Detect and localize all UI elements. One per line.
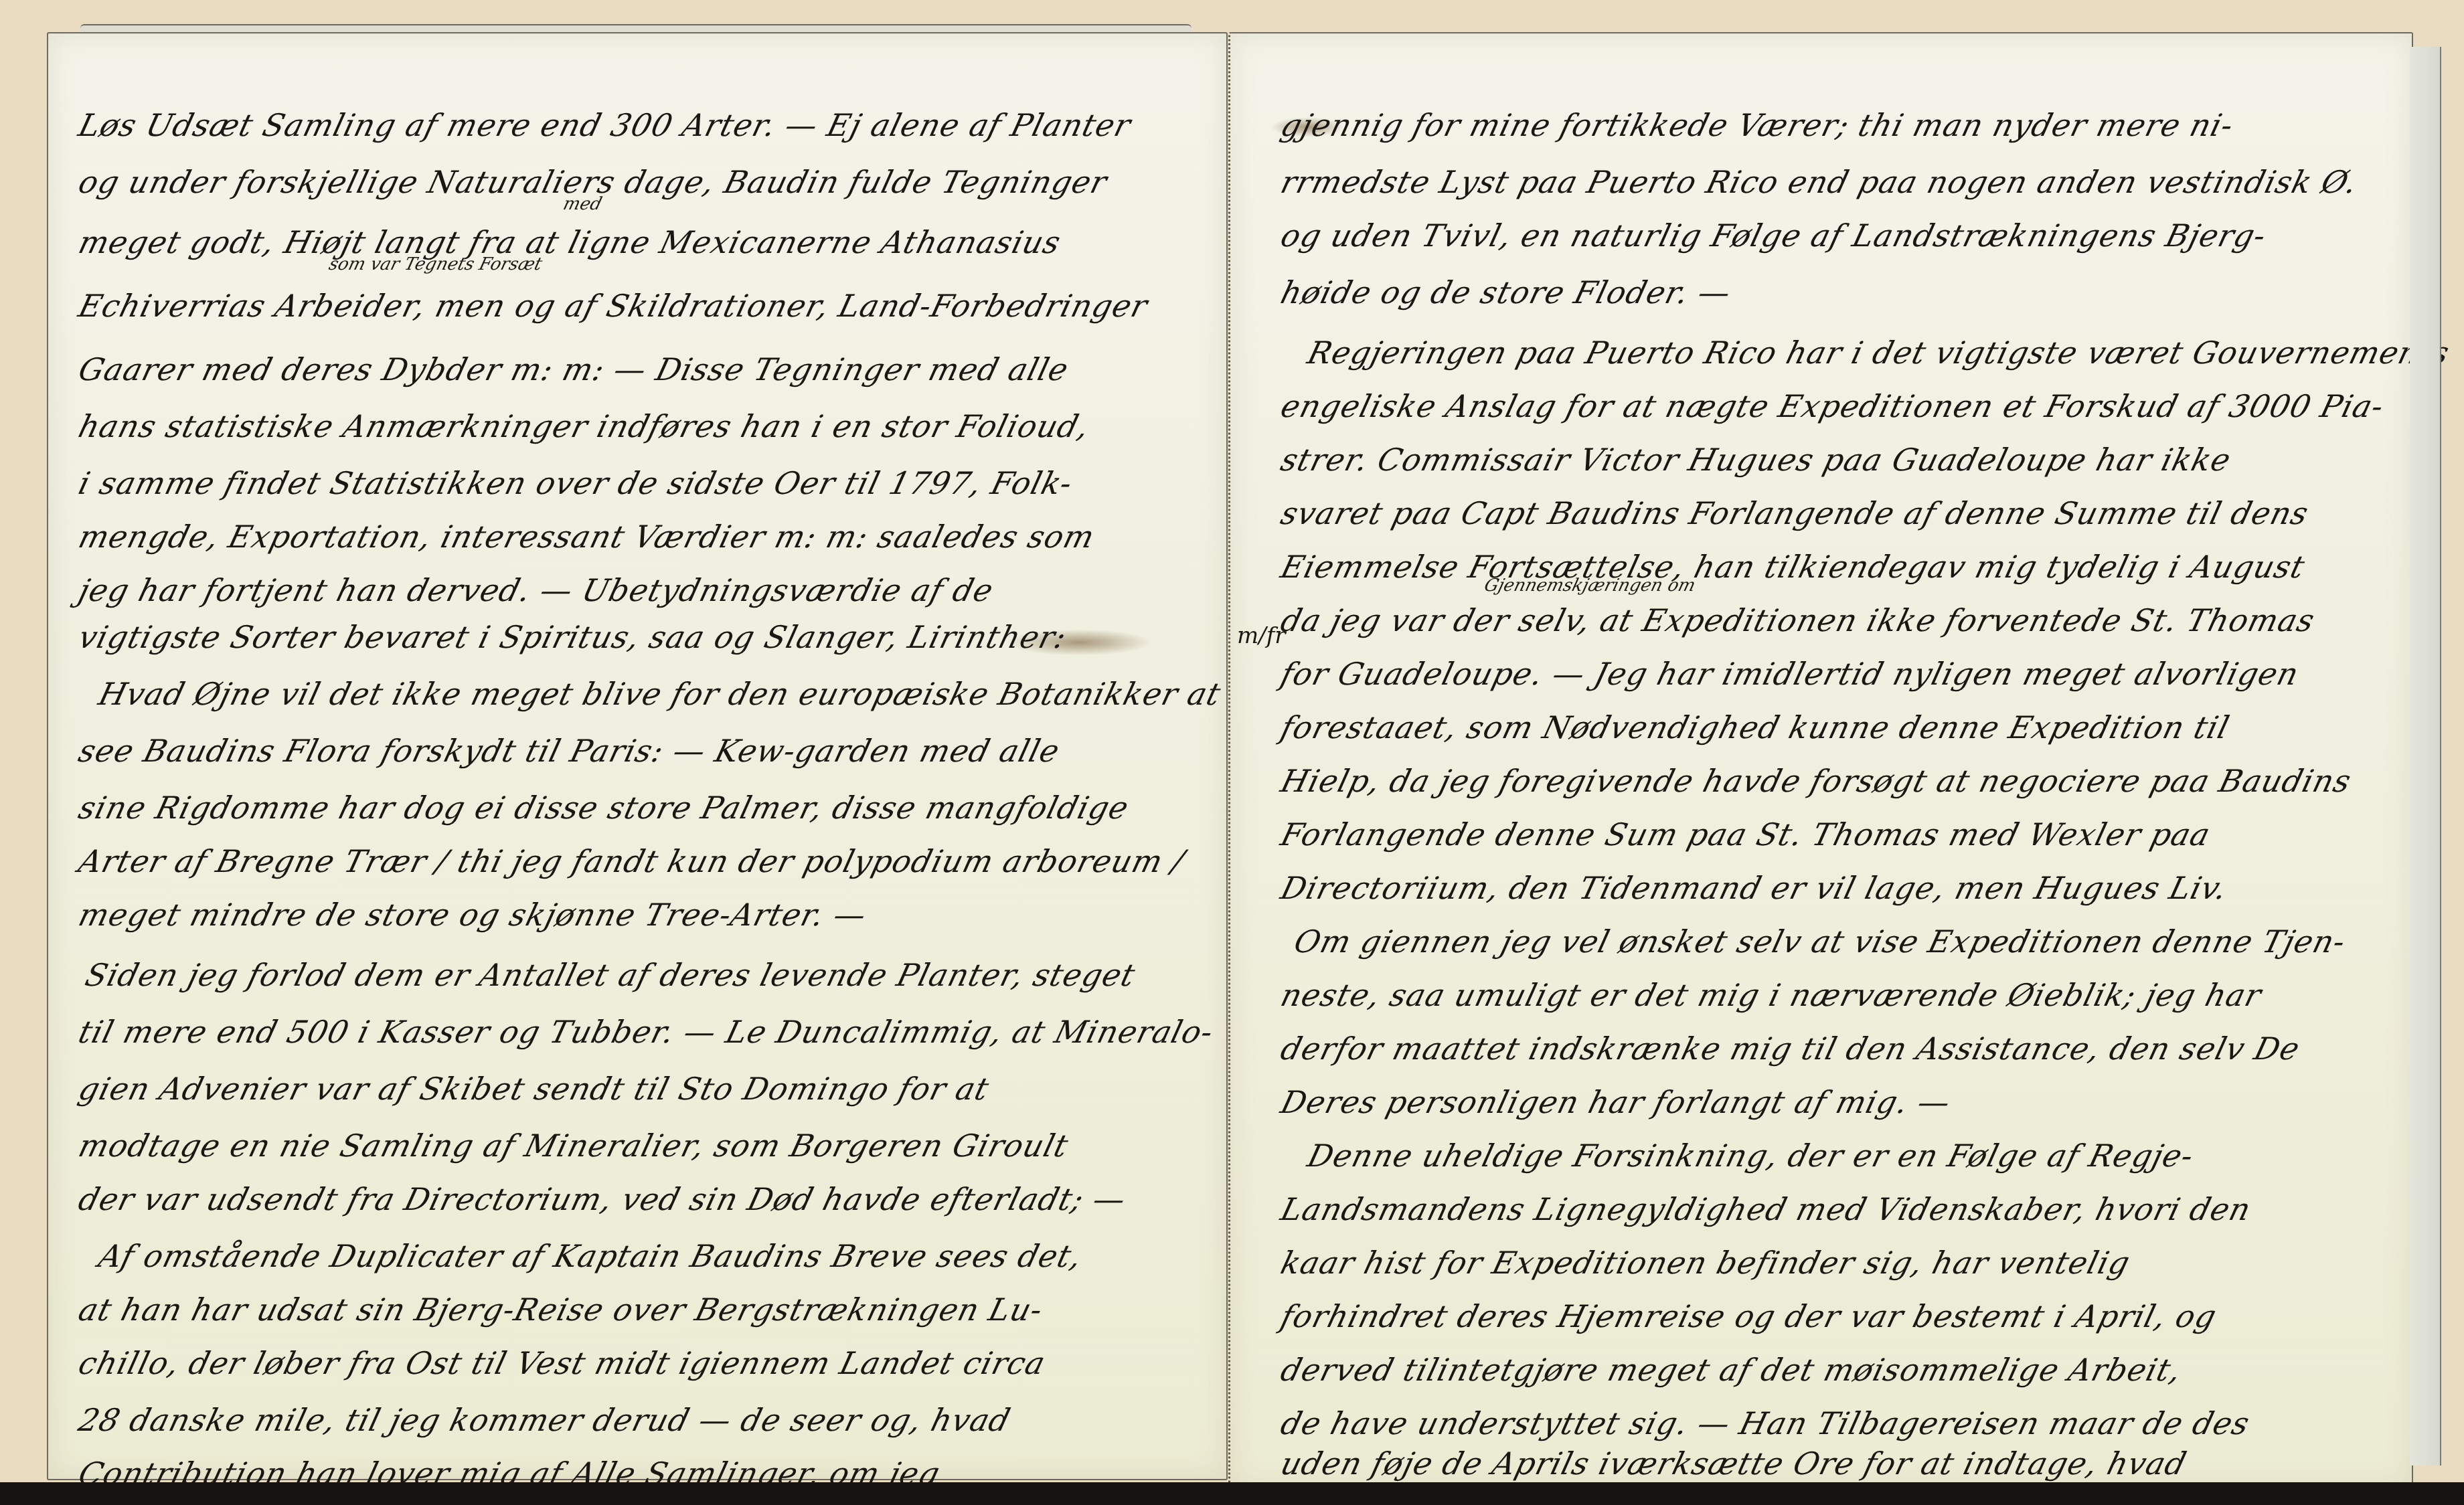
text-line: høide og de store Floder. — (1277, 274, 1735, 311)
text-line: de have understyttet sig. — Han Tilbager… (1277, 1405, 2254, 1441)
text-line: og uden Tvivl, en naturlig Følge af Land… (1277, 217, 2270, 254)
text-line: Siden jeg forlod dem er Antallet af dere… (82, 957, 1139, 993)
text-line: jeg har fortjent han derved. — Ubetydnin… (75, 572, 997, 608)
text-line: Hielp, da jeg foregivende havde forsøgt … (1277, 763, 2355, 799)
text-line: i samme findet Statistikken over de sids… (75, 465, 1076, 501)
text-line: forhindret deres Hjemreise og der var be… (1277, 1298, 2220, 1334)
text-line: Landsmandens Lignegyldighed med Videnska… (1277, 1191, 2255, 1227)
text-line: Deres personligen har forlangt af mig. — (1277, 1084, 1955, 1120)
text-line: vigtigste Sorter bevaret i Spiritus, saa… (75, 619, 1070, 655)
text-line: Denne uheldige Forsinkning, der er en Fø… (1304, 1138, 2198, 1174)
text-line: gjennig for mine fortikkede Værer; thi m… (1277, 107, 2237, 143)
text-line: derved tilintetgjøre meget af det møisom… (1277, 1352, 2186, 1388)
text-line: meget godt, Hiøjt langt fra at ligne Mex… (75, 224, 1065, 260)
text-line: neste, saa umuligt er det mig i nærværen… (1277, 977, 2265, 1013)
text-line: chillo, der løber fra Ost til Vest midt … (75, 1345, 1050, 1381)
text-line: meget mindre de store og skjønne Tree-Ar… (75, 897, 870, 933)
text-line: Echiverrias Arbeider, men og af Skildrat… (75, 288, 1151, 324)
left-page: Løs Udsæt Samling af mere end 300 Arter.… (47, 32, 1228, 1480)
text-line: Løs Udsæt Samling af mere end 300 Arter.… (75, 107, 1135, 143)
interlinear-annotation: med (561, 194, 604, 214)
text-line: kaar hist for Expeditionen befinder sig,… (1277, 1245, 2134, 1281)
text-line: at han har udsat sin Bjerg-Reise over Be… (75, 1292, 1047, 1328)
text-line: gien Advenier var af Skibet sendt til St… (75, 1071, 993, 1107)
text-line: Arter af Bregne Trær / thi jeg fandt kun… (75, 843, 1188, 879)
text-line: Om giennen jeg vel ønsket selv at vise E… (1291, 923, 2350, 960)
text-line: 28 danske mile, til jeg kommer derud — d… (75, 1402, 1014, 1438)
page-edge-flap (2410, 47, 2441, 1466)
right-page: m/fr gjennig for mine fortikkede Værer; … (1228, 32, 2413, 1490)
text-line: sine Rigdomme har dog ei disse store Pal… (75, 790, 1133, 826)
text-line: da jeg var der selv, at Expeditionen ikk… (1277, 602, 2319, 638)
text-line: derfor maattet indskrænke mig til den As… (1277, 1031, 2304, 1067)
text-line: for Guadeloupe. — Jeg har imidlertid nyl… (1277, 656, 2303, 692)
text-line: svaret paa Capt Baudins Forlangende af d… (1277, 495, 2313, 531)
text-line: der var udsendt fra Directorium, ved sin… (75, 1181, 1130, 1217)
text-line: strer. Commissair Victor Hugues paa Guad… (1277, 442, 2235, 478)
text-line: rrmedste Lyst paa Puerto Rico end paa no… (1277, 164, 2362, 200)
text-line: engeliske Anslag for at nægte Expedition… (1277, 388, 2388, 424)
text-line: Regjeringen paa Puerto Rico har i det vi… (1304, 335, 2453, 371)
text-line: Directoriium, den Tidenmand er vil lage,… (1277, 870, 2231, 906)
text-line: see Baudins Flora forskydt til Paris: — … (75, 733, 1064, 769)
text-line: mengde, Exportation, interessant Værdier… (75, 519, 1098, 555)
text-line: Eiemmelse Fortsættelse, han tilkiendegav… (1277, 549, 2309, 585)
text-line: uden føje de Aprils iværksætte Ore for a… (1277, 1445, 2190, 1482)
text-line: forestaaet, som Nødvendighed kunne denne… (1277, 709, 2233, 745)
interlinear-annotation: Gjennemskjæringen om (1482, 576, 1698, 596)
text-line: Gaarer med deres Dybder m: m: — Disse Te… (75, 351, 1072, 387)
text-line: Hvad Øjne vil det ikke meget blive for d… (95, 676, 1225, 712)
text-line: til mere end 500 i Kasser og Tubber. — L… (75, 1014, 1218, 1050)
interlinear-annotation: som var Tegnets Forsæt (327, 254, 544, 274)
text-line: Af omstående Duplicater af Kaptain Baudi… (95, 1238, 1086, 1274)
scan-bottom-shadow (0, 1482, 2464, 1505)
text-line: modtage en nie Samling af Mineralier, so… (75, 1128, 1072, 1164)
text-line: hans statistiske Anmærkninger indføres h… (75, 408, 1093, 444)
text-line: Forlangende denne Sum paa St. Thomas med… (1277, 816, 2214, 853)
